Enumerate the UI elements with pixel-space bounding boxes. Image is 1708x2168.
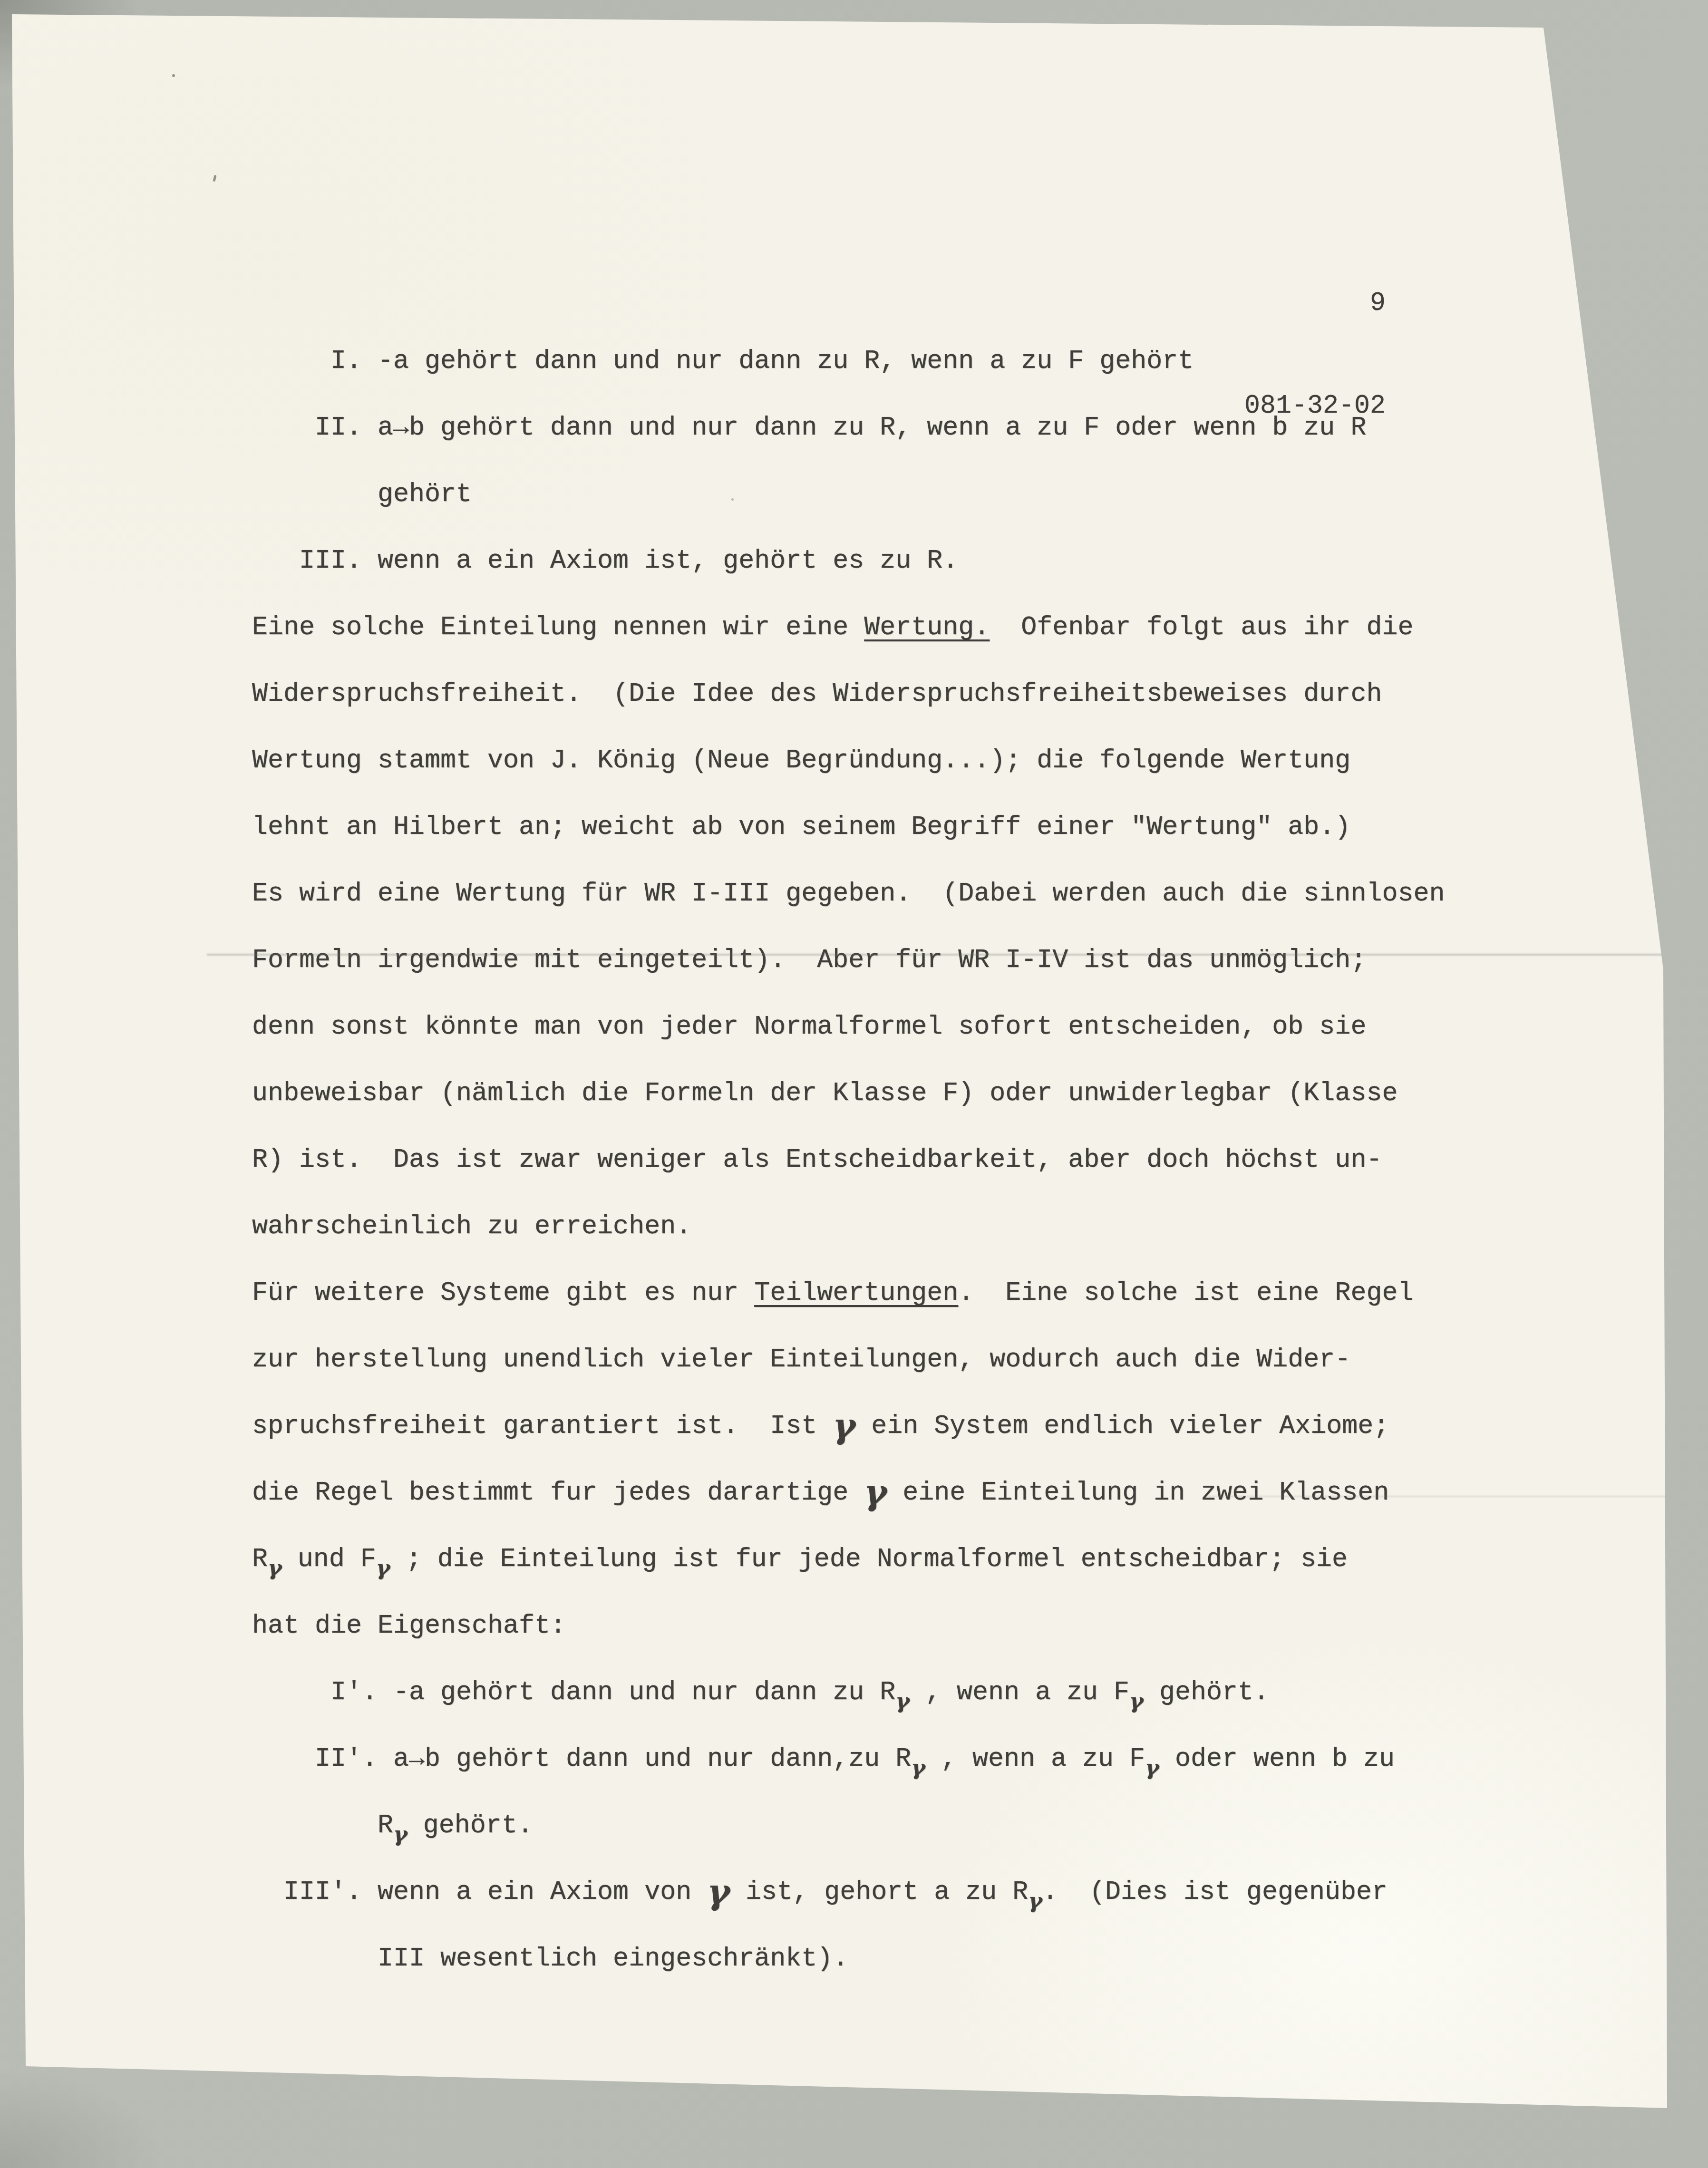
handwritten-gamma-subscript: γ — [376, 1555, 390, 1580]
typed-text-segment: und F — [282, 1544, 376, 1574]
text-line: spruchsfreiheit garantiert ist. Ist γ ei… — [252, 1393, 1445, 1460]
typed-text-segment: lehnt an Hilbert an; weicht ab von seine… — [252, 812, 1350, 842]
typed-text-segment: I'. -a gehört dann und nur dann zu R — [252, 1677, 895, 1707]
typed-text-segment: Für weitere Systeme gibt es nur — [252, 1278, 754, 1308]
typed-text-segment: hat die Eigenschaft: — [252, 1611, 566, 1641]
handwritten-gamma: γ — [864, 1472, 887, 1513]
paper-sheet: 9 081-32-02 I. -a gehört dann und nur da… — [0, 0, 1708, 2168]
typed-text-segment: II'. a→b gehört dann und nur dann,zu R — [252, 1744, 911, 1774]
typed-text-body: I. -a gehört dann und nur dann zu R, wen… — [252, 328, 1445, 1992]
scan-artifact-line — [207, 954, 1662, 956]
text-line: I. -a gehört dann und nur dann zu R, wen… — [252, 328, 1445, 395]
typed-text-segment: III. wenn a ein Axiom ist, gehört es zu … — [252, 546, 958, 576]
text-line: Eine solche Einteilung nennen wir eine W… — [252, 594, 1445, 661]
text-line: unbeweisbar (nämlich die Formeln der Kla… — [252, 1060, 1445, 1127]
handwritten-gamma-subscript: γ — [268, 1555, 282, 1580]
typed-text-segment: Wertung. — [864, 612, 990, 642]
typed-text-segment: spruchsfreiheit garantiert ist. Ist — [252, 1411, 833, 1441]
typed-text-segment: R) ist. Das ist zwar weniger als Entsche… — [252, 1145, 1382, 1175]
text-line: Formeln irgendwie mit eingeteilt). Aber … — [252, 927, 1445, 994]
text-line: zur herstellung unendlich vieler Einteil… — [252, 1326, 1445, 1393]
typed-text-segment: denn sonst könnte man von jeder Normalfo… — [252, 1012, 1366, 1042]
typed-text-segment: eine Einteilung in zwei Klassen — [887, 1478, 1389, 1508]
typed-text-segment: . Eine solche ist eine Regel — [958, 1278, 1413, 1308]
text-line: II. a→b gehört dann und nur dann zu R, w… — [252, 395, 1445, 461]
typed-text-segment: gehört. — [408, 1810, 533, 1840]
typed-text-segment: ; die Einteilung ist fur jede Normalform… — [390, 1544, 1348, 1574]
text-line: die Regel bestimmt fur jedes darartige γ… — [252, 1460, 1445, 1526]
text-line: Rγ und Fγ ; die Einteilung ist fur jede … — [252, 1526, 1445, 1593]
text-line: R) ist. Das ist zwar weniger als Entsche… — [252, 1127, 1445, 1193]
typed-text-segment: ein System endlich vieler Axiome; — [855, 1411, 1389, 1441]
typed-text-segment: wahrscheinlich zu erreichen. — [252, 1211, 691, 1241]
handwritten-gamma: γ — [833, 1406, 855, 1446]
handwritten-gamma-subscript: γ — [1145, 1755, 1159, 1780]
typed-text-segment: Eine solche Einteilung nennen wir eine — [252, 612, 864, 642]
text-line: III'. wenn a ein Axiom von γ ist, gehort… — [252, 1859, 1445, 1926]
typed-text-segment: Es wird eine Wertung für WR I-III gegebe… — [252, 879, 1445, 909]
typed-text-segment: R — [252, 1544, 268, 1574]
typed-text-segment: gehört — [252, 479, 472, 509]
page-number: 9 — [1244, 286, 1386, 320]
handwritten-gamma: γ — [707, 1872, 730, 1912]
typed-text-segment: R — [252, 1810, 393, 1840]
paper-speck — [731, 498, 734, 501]
typed-text-segment: Teilwertungen — [754, 1278, 958, 1308]
typed-text-segment: Widerspruchsfreiheit. (Die Idee des Wide… — [252, 679, 1382, 709]
typed-text-segment: III'. wenn a ein Axiom von — [252, 1877, 707, 1907]
typed-text-segment: die Regel bestimmt fur jedes darartige — [252, 1478, 864, 1508]
text-line: III wesentlich eingeschränkt). — [252, 1926, 1445, 1992]
text-line: Es wird eine Wertung für WR I-III gegebe… — [252, 861, 1445, 927]
typed-text-segment: , wenn a zu F — [925, 1744, 1145, 1774]
scanned-document-screenshot: { "page": { "number": "9", "reference": … — [0, 0, 1708, 2168]
typed-text-segment: gehört. — [1144, 1677, 1269, 1707]
scan-artifact-line — [1208, 1496, 1688, 1497]
typed-text-segment: Ofenbar folgt aus ihr die — [990, 612, 1413, 642]
typed-text-segment: , wenn a zu F — [910, 1677, 1129, 1707]
paper-speck — [172, 74, 175, 77]
text-line: denn sonst könnte man von jeder Normalfo… — [252, 994, 1445, 1060]
typed-text-segment: unbeweisbar (nämlich die Formeln der Kla… — [252, 1078, 1397, 1108]
handwritten-gamma-subscript: γ — [1028, 1888, 1042, 1913]
handwritten-gamma-subscript: γ — [1129, 1688, 1144, 1713]
typed-text-segment: zur herstellung unendlich vieler Einteil… — [252, 1345, 1350, 1374]
handwritten-gamma-subscript: γ — [393, 1821, 408, 1847]
handwritten-gamma-subscript: γ — [895, 1688, 910, 1713]
text-line: I'. -a gehört dann und nur dann zu Rγ , … — [252, 1659, 1445, 1726]
typed-text-segment: ist, gehort a zu R — [730, 1877, 1028, 1907]
text-line: Für weitere Systeme gibt es nur Teilwert… — [252, 1260, 1445, 1326]
text-line: II'. a→b gehört dann und nur dann,zu Rγ … — [252, 1726, 1445, 1792]
typed-text-segment: Formeln irgendwie mit eingeteilt). Aber … — [252, 945, 1366, 975]
handwritten-gamma-subscript: γ — [911, 1755, 925, 1780]
typed-text-segment: II. a→b gehört dann und nur dann zu R, w… — [252, 413, 1366, 443]
text-line: Rγ gehört. — [252, 1792, 1445, 1859]
text-line: gehört — [252, 461, 1445, 528]
text-line: hat die Eigenschaft: — [252, 1593, 1445, 1659]
text-line: wahrscheinlich zu erreichen. — [252, 1193, 1445, 1260]
typed-text-segment: . (Dies ist gegenüber — [1042, 1877, 1388, 1907]
typed-text-segment: oder wenn b zu — [1159, 1744, 1395, 1774]
paper-speck — [213, 175, 216, 182]
typed-text-segment: I. -a gehört dann und nur dann zu R, wen… — [252, 346, 1194, 376]
text-line: lehnt an Hilbert an; weicht ab von seine… — [252, 794, 1445, 861]
text-line: III. wenn a ein Axiom ist, gehört es zu … — [252, 528, 1445, 594]
text-line: Widerspruchsfreiheit. (Die Idee des Wide… — [252, 661, 1445, 727]
typed-text-segment: III wesentlich eingeschränkt). — [252, 1944, 848, 1974]
typed-text-segment: Wertung stammt von J. König (Neue Begrün… — [252, 745, 1350, 775]
text-line: Wertung stammt von J. König (Neue Begrün… — [252, 727, 1445, 794]
